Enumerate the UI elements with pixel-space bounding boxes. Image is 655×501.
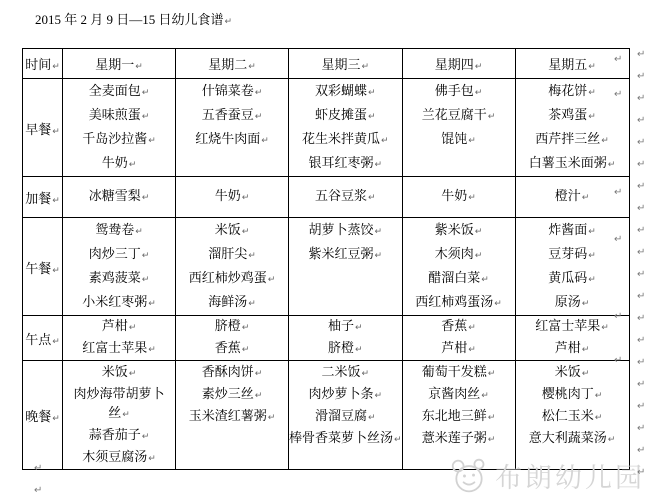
menu-item: 玉米渣红薯粥↵	[176, 406, 288, 428]
menu-item: 松仁玉米↵	[516, 406, 629, 428]
menu-item-text: 红富士苹果	[535, 318, 600, 333]
column-header: 星期一↵	[63, 49, 176, 79]
menu-item-text: 炸酱面	[548, 222, 587, 237]
menu-item: 小米红枣粥↵	[63, 291, 175, 315]
menu-cell: 五谷豆浆↵	[289, 177, 403, 218]
column-header: 星期四↵	[402, 49, 515, 79]
menu-cell: 双彩蝴蝶↵虾皮摊蛋↵花生米拌黄瓜↵银耳红枣粥↵	[289, 79, 403, 177]
margin-paragraph-mark: ↵	[614, 90, 622, 100]
paragraph-mark: ↵	[52, 414, 60, 424]
menu-item-text: 醋溜白菜	[428, 270, 480, 285]
menu-cell: 全麦面包↵美味煎蛋↵千岛沙拉酱↵牛奶↵	[63, 79, 176, 177]
menu-item-text: 兰花豆腐干	[422, 107, 487, 122]
row-label-text: 午餐	[25, 261, 51, 276]
menu-item: 蒜香茄子↵	[63, 425, 175, 447]
menu-item-text: 什锦菜卷	[202, 83, 254, 98]
menu-cell: 香酥肉饼↵素炒三丝↵玉米渣红薯粥↵	[176, 361, 289, 470]
column-header: 星期三↵	[289, 49, 403, 79]
paragraph-mark: ↵	[242, 345, 250, 355]
row-label-text: 早餐	[25, 122, 51, 137]
menu-item: 炸酱面↵	[516, 219, 629, 243]
margin-paragraph-mark: ↵	[637, 138, 645, 148]
paragraph-mark: ↵	[488, 413, 496, 423]
menu-item: 素炒三丝↵	[176, 384, 288, 406]
paragraph-mark: ↵	[468, 345, 476, 355]
paragraph-mark: ↵	[248, 62, 256, 72]
menu-item: 美味煎蛋↵	[63, 104, 175, 128]
menu-item-text: 千岛沙拉酱	[82, 131, 147, 146]
menu-item-text: 溜肝尖	[208, 246, 247, 261]
menu-item: 醋溜白菜↵	[403, 267, 515, 291]
menu-item-text: 肉炒海带胡萝卜	[73, 386, 164, 401]
paragraph-mark: ↵	[148, 299, 156, 309]
paragraph-mark: ↵	[488, 435, 496, 445]
menu-item-text: 梅花饼	[548, 83, 587, 98]
paragraph-mark: ↵	[148, 454, 156, 464]
menu-table: 时间↵星期一↵星期二↵星期三↵星期四↵星期五↵早餐↵全麦面包↵美味煎蛋↵千岛沙拉…	[22, 48, 630, 470]
menu-item: 紫米红豆粥↵	[289, 243, 402, 267]
row-label: 早餐↵	[23, 79, 63, 177]
table-row: 早餐↵全麦面包↵美味煎蛋↵千岛沙拉酱↵牛奶↵什锦菜卷↵五香蚕豆↵红烧牛肉面↵双彩…	[23, 79, 630, 177]
margin-paragraph-mark: ↵	[637, 50, 645, 60]
paragraph-mark: ↵	[142, 432, 150, 442]
row-label-text: 午点	[25, 332, 51, 347]
menu-item-text: 橙汁	[555, 188, 581, 203]
menu-item-text: 小米红枣粥	[82, 294, 147, 309]
menu-item-text: 脐橙	[328, 340, 354, 355]
menu-item-text: 二米饭	[322, 364, 361, 379]
paragraph-mark: ↵	[375, 227, 383, 237]
paragraph-mark: ↵	[52, 62, 60, 72]
menu-item-text: 豆芽码	[548, 246, 587, 261]
menu-item-text: 蒜香茄子	[89, 427, 141, 442]
paragraph-mark: ↵	[588, 251, 596, 261]
menu-cell: 米饭↵樱桃肉丁↵松仁玉米↵意大利蔬菜汤↵	[515, 361, 629, 470]
menu-item: 素鸡菠菜↵	[63, 267, 175, 291]
paragraph-mark: ↵	[601, 323, 609, 333]
paragraph-mark: ↵	[595, 413, 603, 423]
paragraph-mark: ↵	[142, 193, 150, 203]
menu-item: 虾皮摊蛋↵	[289, 104, 402, 128]
menu-item: 牛奶↵	[176, 186, 288, 208]
menu-item: 樱桃肉丁↵	[516, 384, 629, 406]
menu-item-text: 紫米饭	[435, 222, 474, 237]
paragraph-mark: ↵	[355, 323, 363, 333]
column-header-label: 星期四	[435, 57, 474, 72]
menu-item-text: 双彩蝴蝶	[315, 83, 367, 98]
table-row: 午点↵芦柑↵红富士苹果↵脐橙↵香蕉↵柚子↵脐橙↵香蕉↵芦柑↵红富士苹果↵芦柑↵	[23, 316, 630, 361]
menu-item: 丝↵	[63, 403, 175, 425]
menu-cell: 胡萝卜蒸饺↵紫米红豆粥↵	[289, 218, 403, 316]
paragraph-mark: ↵	[475, 88, 483, 98]
margin-paragraph-mark: ↵	[614, 188, 622, 198]
menu-item: 海鲜汤↵	[176, 291, 288, 315]
paragraph-mark: ↵	[142, 275, 150, 285]
menu-item: 什锦菜卷↵	[176, 80, 288, 104]
paragraph-mark: ↵	[368, 88, 376, 98]
menu-item-text: 西红柿鸡蛋汤	[415, 294, 493, 309]
margin-paragraph-mark: ↵	[637, 314, 645, 324]
menu-item-text: 木须肉	[435, 246, 474, 261]
menu-item-text: 京酱肉丝	[428, 386, 480, 401]
margin-paragraph-mark: ↵	[637, 248, 645, 258]
margin-paragraph-mark: ↵	[637, 72, 645, 82]
paragraph-mark: ↵	[488, 369, 496, 379]
paragraph-mark: ↵	[52, 337, 60, 347]
menu-item: 豆芽码↵	[516, 243, 629, 267]
paragraph-mark: ↵	[475, 62, 483, 72]
paragraph-mark: ↵	[242, 193, 250, 203]
menu-item-text: 原汤	[555, 294, 581, 309]
paragraph-mark: ↵	[148, 136, 156, 146]
menu-item: 脐橙↵	[176, 316, 288, 338]
column-header-label: 时间	[25, 57, 51, 72]
menu-item: 米饭↵	[63, 362, 175, 384]
menu-item: 花生米拌黄瓜↵	[289, 128, 402, 152]
menu-item: 五谷豆浆↵	[289, 186, 402, 208]
menu-item: 京酱肉丝↵	[403, 384, 515, 406]
paragraph-mark: ↵	[588, 62, 596, 72]
menu-item: 肉炒萝卜条↵	[289, 384, 402, 406]
paragraph-mark: ↵	[494, 299, 502, 309]
menu-cell: 牛奶↵	[402, 177, 515, 218]
menu-item-text: 葡萄干发糕	[422, 364, 487, 379]
menu-item: 芦柑↵	[403, 338, 515, 360]
paragraph-mark: ↵	[142, 112, 150, 122]
menu-item: 二米饭↵	[289, 362, 402, 384]
watermark-text: 布朗幼儿园	[495, 456, 645, 495]
menu-item-text: 鸳鸯卷	[95, 222, 134, 237]
menu-item-text: 美味煎蛋	[89, 107, 141, 122]
paragraph-mark: ↵	[608, 160, 616, 170]
paragraph-mark: ↵	[588, 275, 596, 285]
menu-item-text: 素鸡菠菜	[89, 270, 141, 285]
paragraph-mark: ↵	[255, 369, 263, 379]
menu-item-text: 西红柿炒鸡蛋	[189, 270, 267, 285]
menu-item-text: 冰糖雪梨	[89, 188, 141, 203]
row-label: 晚餐↵	[23, 361, 63, 470]
paragraph-mark: ↵	[601, 136, 609, 146]
paragraph-mark: ↵	[242, 227, 250, 237]
menu-item-text: 芦柑	[102, 318, 128, 333]
margin-paragraph-mark: ↵	[637, 204, 645, 214]
paragraph-mark: ↵	[582, 369, 590, 379]
margin-paragraph-mark: ↵	[614, 235, 622, 245]
menu-item: 西红柿鸡蛋汤↵	[403, 291, 515, 315]
menu-cell: 橙汁↵	[515, 177, 629, 218]
menu-cell: 炸酱面↵豆芽码↵黄瓜码↵原汤↵	[515, 218, 629, 316]
menu-cell: 什锦菜卷↵五香蚕豆↵红烧牛肉面↵	[176, 79, 289, 177]
menu-item-text: 五香蚕豆	[202, 107, 254, 122]
paragraph-mark: ↵	[375, 160, 383, 170]
row-label: 午餐↵	[23, 218, 63, 316]
menu-cell: 二米饭↵肉炒萝卜条↵滑溜豆腐↵棒骨香菜萝卜丝汤↵	[289, 361, 403, 470]
page: 2015 年 2 月 9 日—15 日幼儿食谱↵ 时间↵星期一↵星期二↵星期三↵…	[0, 0, 655, 501]
menu-cell: 米饭↵肉炒海带胡萝卜丝↵蒜香茄子↵木须豆腐汤↵	[63, 361, 176, 470]
table-row: 午餐↵鸳鸯卷↵肉炒三丁↵素鸡菠菜↵小米红枣粥↵米饭↵溜肝尖↵西红柿炒鸡蛋↵海鲜汤…	[23, 218, 630, 316]
menu-item: 茶鸡蛋↵	[516, 104, 629, 128]
margin-paragraph-mark: ↵	[637, 116, 645, 126]
menu-item: 冰糖雪梨↵	[63, 186, 175, 208]
menu-item-text: 玉米渣红薯粥	[189, 408, 267, 423]
menu-item: 米饭↵	[176, 219, 288, 243]
margin-paragraph-mark: ↵	[614, 312, 622, 322]
paragraph-mark: ↵	[481, 391, 489, 401]
margin-paragraph-mark: ↵	[637, 468, 645, 478]
paragraph-mark: ↵	[135, 227, 143, 237]
paragraph-mark: ↵	[129, 369, 137, 379]
menu-item: 紫米饭↵	[403, 219, 515, 243]
paragraph-mark: ↵	[488, 112, 496, 122]
margin-paragraph-mark: ↵	[614, 356, 622, 366]
menu-item-text: 花生米拌黄瓜	[302, 131, 380, 146]
menu-item: 千岛沙拉酱↵	[63, 128, 175, 152]
paragraph-mark: ↵	[588, 112, 596, 122]
paragraph-mark: ↵	[248, 299, 256, 309]
paragraph-mark: ↵	[129, 160, 137, 170]
menu-item-text: 滑溜豆腐	[315, 408, 367, 423]
menu-item-text: 牛奶	[215, 188, 241, 203]
menu-item-text: 棒骨香菜萝卜丝汤	[289, 430, 393, 445]
menu-cell: 鸳鸯卷↵肉炒三丁↵素鸡菠菜↵小米红枣粥↵	[63, 218, 176, 316]
menu-item-text: 佛手包	[435, 83, 474, 98]
paragraph-mark: ↵	[394, 435, 402, 445]
menu-item: 牛奶↵	[63, 152, 175, 176]
menu-item-text: 馄饨	[441, 131, 467, 146]
menu-item: 意大利蔬菜汤↵	[516, 428, 629, 450]
menu-cell: 牛奶↵	[176, 177, 289, 218]
menu-item: 香酥肉饼↵	[176, 362, 288, 384]
menu-item-text: 红富士苹果	[82, 340, 147, 355]
menu-item: 芦柑↵	[516, 338, 629, 360]
paragraph-mark: ↵	[242, 323, 250, 333]
margin-paragraph-mark: ↵	[637, 270, 645, 280]
menu-cell: 梅花饼↵茶鸡蛋↵西芹拌三丝↵白薯玉米面粥↵	[515, 79, 629, 177]
menu-item-text: 银耳红枣粥	[309, 155, 374, 170]
menu-item: 西芹拌三丝↵	[516, 128, 629, 152]
paragraph-mark: ↵	[122, 410, 130, 420]
paragraph-mark: ↵	[355, 345, 363, 355]
column-header-label: 星期五	[548, 57, 587, 72]
menu-item: 原汤↵	[516, 291, 629, 315]
paragraph-mark: ↵	[135, 62, 143, 72]
menu-item: 木须豆腐汤↵	[63, 447, 175, 469]
row-label: 加餐↵	[23, 177, 63, 218]
menu-item: 木须肉↵	[403, 243, 515, 267]
menu-item-text: 牛奶	[102, 155, 128, 170]
menu-item: 鸳鸯卷↵	[63, 219, 175, 243]
column-header-label: 星期一	[95, 57, 134, 72]
menu-item: 芦柑↵	[63, 316, 175, 338]
menu-item: 棒骨香菜萝卜丝汤↵	[289, 428, 402, 450]
paragraph-mark: ↵	[268, 413, 276, 423]
menu-cell: 红富士苹果↵芦柑↵	[515, 316, 629, 361]
menu-item-text: 西芹拌三丝	[535, 131, 600, 146]
row-label-text: 加餐	[25, 191, 51, 206]
menu-item: 牛奶↵	[403, 186, 515, 208]
menu-item-text: 虾皮摊蛋	[315, 107, 367, 122]
menu-item-text: 素炒三丝	[202, 386, 254, 401]
menu-item-text: 香蕉	[441, 318, 467, 333]
menu-item-text: 薏米莲子粥	[422, 430, 487, 445]
paragraph-mark: ↵	[268, 275, 276, 285]
paragraph-mark: ↵	[468, 193, 476, 203]
margin-paragraph-mark: ↵	[637, 446, 645, 456]
menu-item: 肉炒三丁↵	[63, 243, 175, 267]
paragraph-mark: ↵	[248, 251, 256, 261]
column-header: 时间↵	[23, 49, 63, 79]
paragraph-mark: ↵	[148, 345, 156, 355]
menu-item-text: 芦柑	[441, 340, 467, 355]
menu-item: 脐橙↵	[289, 338, 402, 360]
paragraph-mark: ↵	[362, 369, 370, 379]
paragraph-mark: ↵	[368, 413, 376, 423]
margin-paragraph-mark: ↵	[637, 94, 645, 104]
menu-item: 馄饨↵	[403, 128, 515, 152]
paragraph-mark: ↵	[475, 251, 483, 261]
menu-item-text: 米饭	[555, 364, 581, 379]
margin-paragraph-mark: ↵	[637, 380, 645, 390]
paragraph-mark: ↵	[468, 323, 476, 333]
menu-item-text: 脐橙	[215, 318, 241, 333]
page-title: 2015 年 2 月 9 日—15 日幼儿食谱↵	[35, 9, 232, 28]
column-header-label: 星期三	[322, 57, 361, 72]
page-title-text: 2015 年 2 月 9 日—15 日幼儿食谱	[35, 12, 224, 27]
margin-paragraph-mark: ↵	[637, 358, 645, 368]
paragraph-mark: ↵	[142, 88, 150, 98]
paragraph-mark: ↵	[582, 299, 590, 309]
paragraph-mark: ↵	[255, 88, 263, 98]
paragraph-mark: ↵	[381, 136, 389, 146]
paragraph-mark: ↵	[362, 62, 370, 72]
menu-item: 五香蚕豆↵	[176, 104, 288, 128]
menu-item-text: 米饭	[102, 364, 128, 379]
menu-item: 红富士苹果↵	[63, 338, 175, 360]
menu-item: 白薯玉米面粥↵	[516, 152, 629, 176]
menu-item: 溜肝尖↵	[176, 243, 288, 267]
menu-item: 胡萝卜蒸饺↵	[289, 219, 402, 243]
row-label-text: 晚餐	[25, 409, 51, 424]
menu-item: 红富士苹果↵	[516, 316, 629, 338]
margin-paragraph-mark: ↵	[637, 292, 645, 302]
paragraph-mark: ↵	[142, 251, 150, 261]
margin-paragraph-mark: ↵	[637, 182, 645, 192]
menu-item-text: 香酥肉饼	[202, 364, 254, 379]
paragraph-mark: ↵	[261, 136, 269, 146]
paragraph-mark: ↵	[608, 435, 616, 445]
menu-item: 肉炒海带胡萝卜	[63, 384, 175, 403]
menu-item: 薏米莲子粥↵	[403, 428, 515, 450]
menu-item: 兰花豆腐干↵	[403, 104, 515, 128]
menu-cell: 芦柑↵红富士苹果↵	[63, 316, 176, 361]
menu-item-text: 米饭	[215, 222, 241, 237]
paragraph-mark: ↵	[375, 251, 383, 261]
paragraph-mark: ↵	[588, 227, 596, 237]
margin-paragraph-mark: ↵	[637, 424, 645, 434]
menu-item: 红烧牛肉面↵	[176, 128, 288, 152]
watermark: 布朗幼儿园	[449, 456, 645, 495]
column-header-label: 星期二	[208, 57, 247, 72]
menu-cell: 米饭↵溜肝尖↵西红柿炒鸡蛋↵海鲜汤↵	[176, 218, 289, 316]
menu-cell: 佛手包↵兰花豆腐干↵馄饨↵	[402, 79, 515, 177]
menu-item-text: 意大利蔬菜汤	[529, 430, 607, 445]
menu-item-text: 红烧牛肉面	[195, 131, 260, 146]
column-header: 星期二↵	[176, 49, 289, 79]
menu-item: 黄瓜码↵	[516, 267, 629, 291]
menu-item: 梅花饼↵	[516, 80, 629, 104]
menu-item: 香蕉↵	[403, 316, 515, 338]
paragraph-mark: ↵	[52, 196, 60, 206]
menu-item-text: 松仁玉米	[542, 408, 594, 423]
menu-item: 双彩蝴蝶↵	[289, 80, 402, 104]
table-row: 加餐↵冰糖雪梨↵牛奶↵五谷豆浆↵牛奶↵橙汁↵	[23, 177, 630, 218]
menu-item-text: 牛奶	[441, 188, 467, 203]
menu-cell: 冰糖雪梨↵	[63, 177, 176, 218]
margin-paragraph-mark: ↵	[637, 160, 645, 170]
paragraph-mark: ↵	[475, 227, 483, 237]
paragraph-mark: ↵	[368, 193, 376, 203]
menu-item: 银耳红枣粥↵	[289, 152, 402, 176]
menu-cell: 脐橙↵香蕉↵	[176, 316, 289, 361]
menu-item: 全麦面包↵	[63, 80, 175, 104]
paragraph-mark: ↵	[255, 391, 263, 401]
paragraph-mark: ↵	[129, 323, 137, 333]
menu-item-text: 五谷豆浆	[315, 188, 367, 203]
table-row: 晚餐↵米饭↵肉炒海带胡萝卜丝↵蒜香茄子↵木须豆腐汤↵香酥肉饼↵素炒三丝↵玉米渣红…	[23, 361, 630, 470]
paragraph-mark: ↵	[368, 112, 376, 122]
menu-cell: 柚子↵脐橙↵	[289, 316, 403, 361]
menu-item-text: 芦柑	[555, 340, 581, 355]
menu-item: 葡萄干发糕↵	[403, 362, 515, 384]
menu-item-text: 木须豆腐汤	[82, 449, 147, 464]
paragraph-mark: ↵	[481, 275, 489, 285]
margin-paragraph-mark: ↵	[34, 486, 42, 496]
menu-item: 滑溜豆腐↵	[289, 406, 402, 428]
paragraph-mark: ↵	[255, 112, 263, 122]
menu-item-text: 黄瓜码	[548, 270, 587, 285]
menu-item-text: 茶鸡蛋	[548, 107, 587, 122]
menu-item: 佛手包↵	[403, 80, 515, 104]
column-header: 星期五↵	[515, 49, 629, 79]
paragraph-mark: ↵	[588, 88, 596, 98]
paragraph-mark: ↵	[52, 266, 60, 276]
paragraph-mark: ↵	[595, 391, 603, 401]
menu-item-text: 紫米红豆粥	[309, 246, 374, 261]
menu-item: 西红柿炒鸡蛋↵	[176, 267, 288, 291]
menu-item-text: 肉炒萝卜条	[309, 386, 374, 401]
header-row: 时间↵星期一↵星期二↵星期三↵星期四↵星期五↵	[23, 49, 630, 79]
menu-cell: 紫米饭↵木须肉↵醋溜白菜↵西红柿鸡蛋汤↵	[402, 218, 515, 316]
menu-item-text: 全麦面包	[89, 83, 141, 98]
menu-item: 东北地三鲜↵	[403, 406, 515, 428]
menu-item: 米饭↵	[516, 362, 629, 384]
paragraph-mark: ↵	[225, 17, 233, 27]
menu-item-text: 肉炒三丁	[89, 246, 141, 261]
paragraph-mark: ↵	[52, 127, 60, 137]
menu-item: 橙汁↵	[516, 186, 629, 208]
menu-item: 香蕉↵	[176, 338, 288, 360]
paragraph-mark: ↵	[582, 193, 590, 203]
menu-item-text: 柚子	[328, 318, 354, 333]
menu-item-text: 白薯玉米面粥	[529, 155, 607, 170]
row-label: 午点↵	[23, 316, 63, 361]
margin-paragraph-mark: ↵	[637, 226, 645, 236]
menu-item-text: 香蕉	[215, 340, 241, 355]
paragraph-mark: ↵	[375, 391, 383, 401]
paragraph-mark: ↵	[582, 345, 590, 355]
margin-paragraph-mark: ↵	[637, 402, 645, 412]
margin-paragraph-mark: ↵	[637, 336, 645, 346]
